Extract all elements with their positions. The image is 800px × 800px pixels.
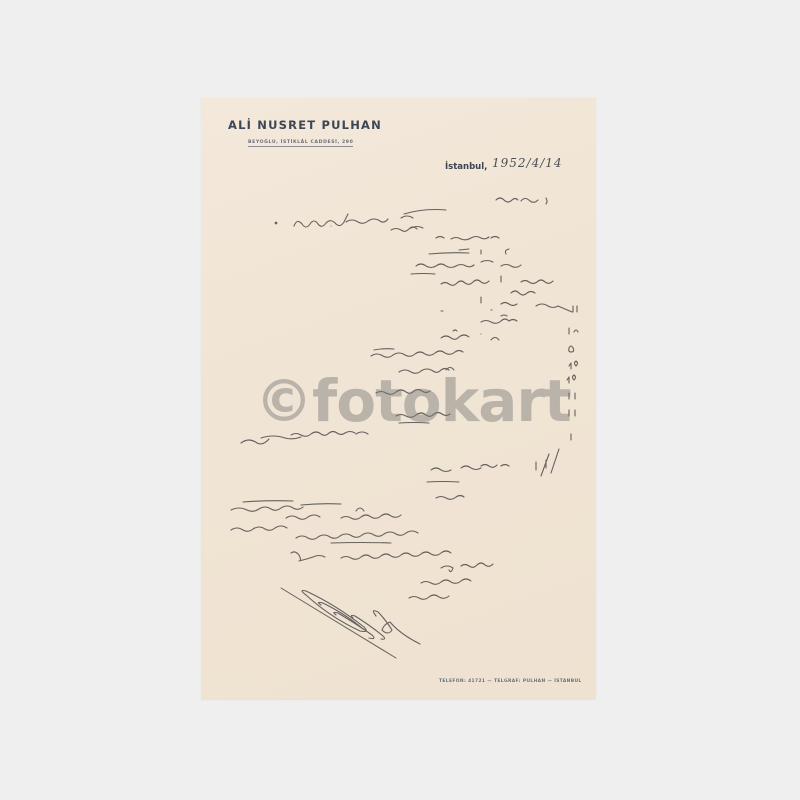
watermark: ©fotokart <box>255 372 571 430</box>
letterhead-footer: TELEFON: 41721 — TELGRAF: PULHAN — İSTAN… <box>439 679 582 684</box>
